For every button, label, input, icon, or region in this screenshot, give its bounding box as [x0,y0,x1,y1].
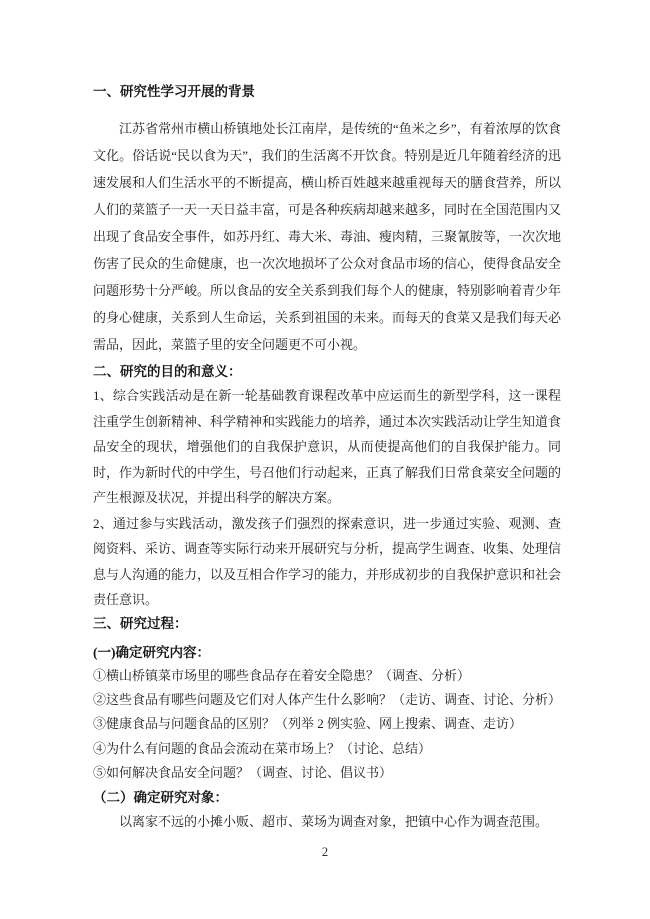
research-question-5: ⑤如何解决食品安全问题？（调查、讨论、倡议书） [93,761,561,785]
research-question-1: ①横山桥镇菜市场里的哪些食品存在着安全隐患？（调查、分析） [93,664,561,688]
subsection-2-paragraph: 以离家不远的小摊小贩、超市、菜场为调查对象，把镇中心作为调查范围。 [93,810,561,834]
research-question-4: ④为什么有问题的食品会流动在菜市场上？（讨论、总结） [93,737,561,761]
document-page: 一、研究性学习开展的背景 江苏省常州市横山桥镇地处长江南岸，是传统的“鱼米之乡”… [0,0,650,919]
research-question-3: ③健康食品与问题食品的区别？（列举 2 例实验、网上搜索、调查、走访） [93,712,561,736]
section-2-heading: 二、研究的目的和意义： [93,360,561,383]
page-number: 2 [0,845,650,860]
section-2-point-2: 2、通过参与实践活动，激发孩子们强烈的探索意识，进一步通过实验、观测、查阅资料、… [93,511,561,613]
subsection-2-heading: （二）确定研究对象： [93,786,561,810]
section-1-paragraph: 江苏省常州市横山桥镇地处长江南岸，是传统的“鱼米之乡”，有着浓厚的饮食文化。俗话… [93,115,561,358]
research-question-2: ②这些食品有哪些问题及它们对人体产生什么影响？（走访、调查、讨论、分析） [93,688,561,712]
section-2-point-1: 1、综合实践活动是在新一轮基础教育课程改革中应运而生的新型学科，这一课程注重学生… [93,383,561,511]
section-1-heading: 一、研究性学习开展的背景 [93,82,561,102]
document-content: 一、研究性学习开展的背景 江苏省常州市横山桥镇地处长江南岸，是传统的“鱼米之乡”… [93,82,561,834]
subsection-1-heading: (一)确定研究内容： [93,642,561,664]
section-3-heading: 三、研究过程： [93,613,561,635]
